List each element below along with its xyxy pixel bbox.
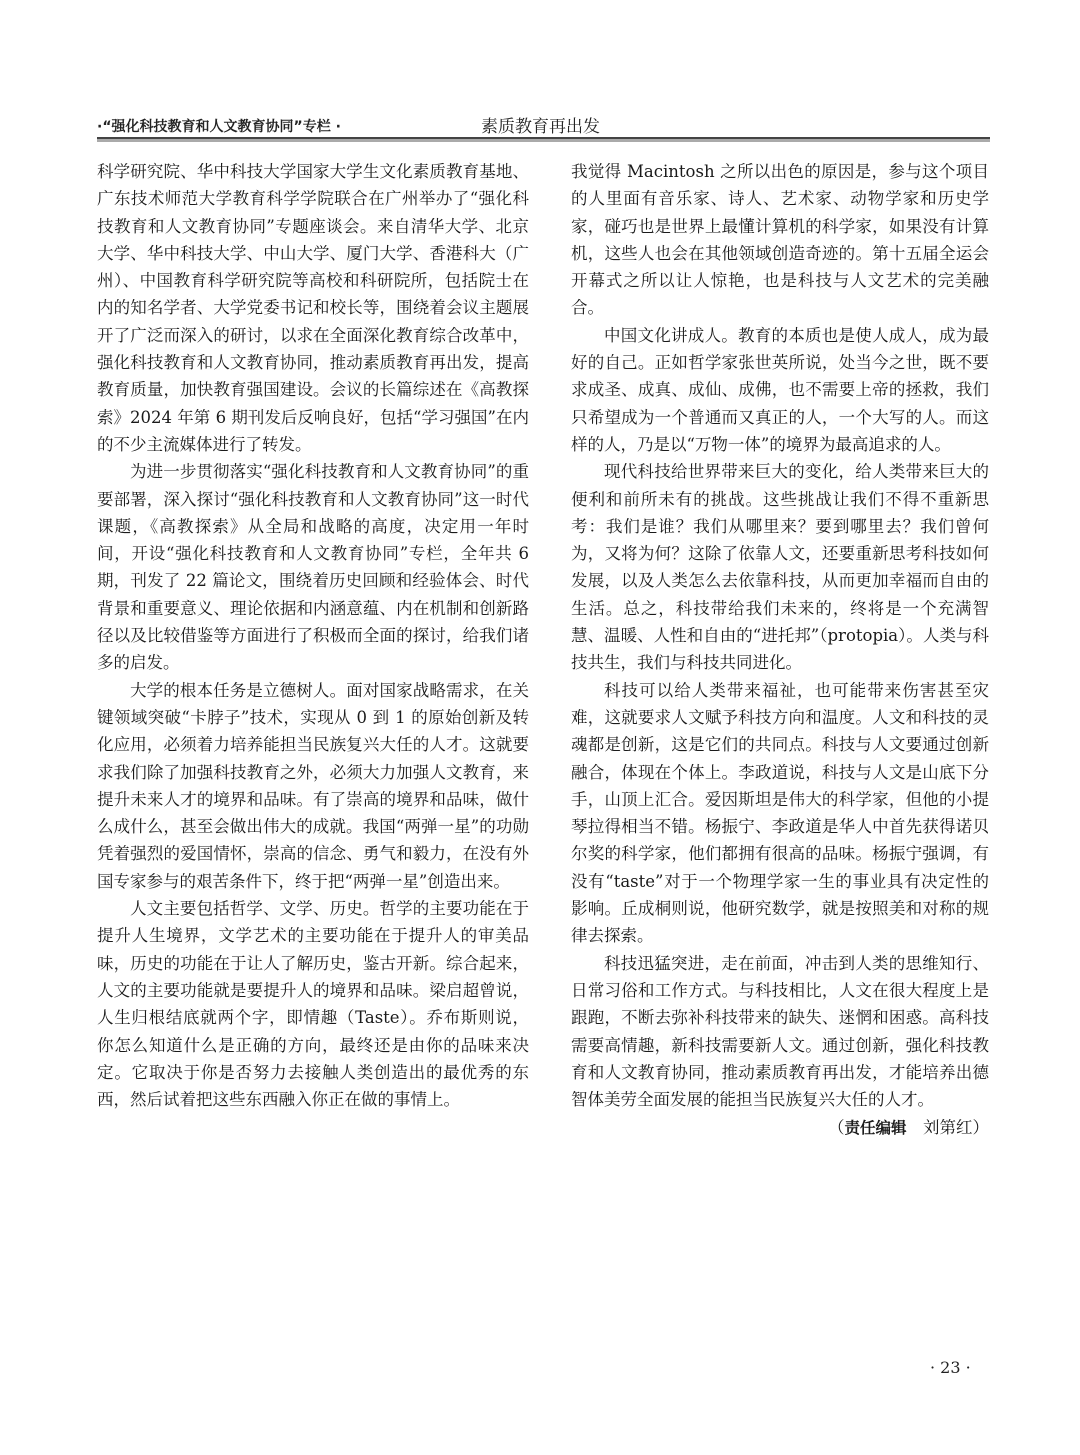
editor-label: 责任编辑	[844, 1119, 906, 1137]
paragraph: 我觉得 Macintosh 之所以出色的原因是，参与这个项目的人里面有音乐家、诗…	[571, 158, 989, 322]
paragraph: 科技可以给人类带来福祉，也可能带来伤害甚至灾难，这就要求人文赋予科技方向和温度。…	[571, 677, 989, 950]
running-header: ·“强化科技教育和人文教育协同”专栏 · 素质教育再出发	[97, 112, 990, 140]
editor-credit: （责任编辑 刘第红）	[571, 1114, 989, 1142]
left-column: 科学研究院、华中科技大学国家大学生文化素质教育基地、广东技术师范大学教育科学学院…	[97, 158, 529, 1113]
paragraph: 现代科技给世界带来巨大的变化，给人类带来巨大的便利和前所未有的挑战。这些挑战让我…	[571, 458, 989, 676]
running-title: 素质教育再出发	[481, 112, 600, 137]
paragraph: 科技迅猛突进，走在前面，冲击到人类的思维知行、日常习俗和工作方式。与科技相比，人…	[571, 950, 989, 1114]
paragraph: 人文主要包括哲学、文学、历史。哲学的主要功能在于提升人生境界，文学艺术的主要功能…	[97, 895, 529, 1113]
editor-name: 刘第红）	[907, 1118, 990, 1137]
paragraph: 为进一步贯彻落实“强化科技教育和人文教育协同”的重要部署，深入探讨“强化科技教育…	[97, 458, 529, 676]
column-tag: ·“强化科技教育和人文教育协同”专栏 ·	[97, 116, 341, 136]
editor-open-paren: （	[828, 1118, 845, 1137]
paragraph: 科学研究院、华中科技大学国家大学生文化素质教育基地、广东技术师范大学教育科学学院…	[97, 158, 529, 458]
paragraph: 大学的根本任务是立德树人。面对国家战略需求，在关键领域突破“卡脖子”技术，实现从…	[97, 677, 529, 895]
page-number: · 23 ·	[930, 1358, 971, 1377]
header-rule-shadow	[97, 139, 990, 142]
right-column: 我觉得 Macintosh 之所以出色的原因是，参与这个项目的人里面有音乐家、诗…	[571, 158, 989, 1143]
paragraph: 中国文化讲成人。教育的本质也是使人成人，成为最好的自己。正如哲学家张世英所说，处…	[571, 322, 989, 458]
